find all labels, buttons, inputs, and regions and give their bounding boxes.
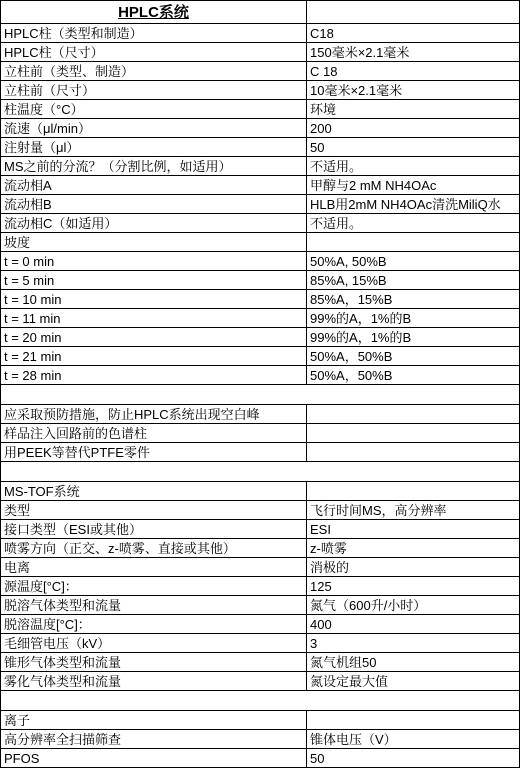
table-row: MS之前的分流？（分割比例，如适用） 不适用。 xyxy=(1,157,520,176)
row-value-cell xyxy=(307,443,520,462)
row-value-cell: 150毫米×2.1毫米 xyxy=(307,43,520,62)
row-label-cell: 喷雾方向（正交、z-喷雾、直接或其他） xyxy=(1,539,307,558)
row-label-cell: 样品注入回路前的色谱柱 xyxy=(1,424,307,443)
row-label-cell: 立柱前（类型、制造） xyxy=(1,62,307,81)
spacer-row xyxy=(1,462,520,482)
table-row: 高分辨率全扫描筛查 锥体电压（V） xyxy=(1,730,520,749)
table-title: HPLC系统 xyxy=(118,4,189,21)
row-value-cell: 50%A，50%B xyxy=(307,366,520,385)
table-row: 应采取预防措施，防止HPLC系统出现空白峰 xyxy=(1,405,520,424)
table-row: 毛细管电压（kV） 3 xyxy=(1,634,520,653)
table-row: PFOS 50 xyxy=(1,749,520,768)
row-label-cell: 柱温度（°C） xyxy=(1,100,307,119)
row-value-cell: 环境 xyxy=(307,100,520,119)
row-label-cell: MS之前的分流？（分割比例，如适用） xyxy=(1,157,307,176)
row-label-cell: 高分辨率全扫描筛查 xyxy=(1,730,307,749)
table-row: 立柱前（尺寸） 10毫米×2.1毫米 xyxy=(1,81,520,100)
table-row: HPLC柱（类型和制造） C18 xyxy=(1,24,520,43)
table-row: 柱温度（°C） 环境 xyxy=(1,100,520,119)
row-value-cell: 不适用。 xyxy=(307,157,520,176)
table-row: t = 5 min 85%A, 15%B xyxy=(1,271,520,290)
row-value-cell: 消极的 xyxy=(307,558,520,577)
row-label-cell: 流动相C（如适用） xyxy=(1,214,307,233)
spacer-row xyxy=(1,691,520,711)
row-value-cell: 125 xyxy=(307,577,520,596)
row-label-cell: t = 28 min xyxy=(1,366,307,385)
row-value-cell xyxy=(307,711,520,730)
row-label-cell: 接口类型（ESI或其他） xyxy=(1,520,307,539)
row-value-cell: C18 xyxy=(307,24,520,43)
table-row: 脱溶温度[°C]： 400 xyxy=(1,615,520,634)
row-value-cell: 85%A，15%B xyxy=(307,290,520,309)
row-label-cell: 脱溶温度[°C]： xyxy=(1,615,307,634)
row-label-cell: 用PEEK等替代PTFE零件 xyxy=(1,443,307,462)
row-value-cell: 飞行时间MS，高分辨率 xyxy=(307,501,520,520)
row-value-cell xyxy=(307,424,520,443)
row-value-cell: HLB用2mM NH4OAc清洗MiliQ水 xyxy=(307,195,520,214)
row-value-cell xyxy=(307,233,520,252)
table-row: 流动相A 甲醇与2 mM NH4OAc xyxy=(1,176,520,195)
row-value-cell: z-喷雾 xyxy=(307,539,520,558)
table-row: 锥形气体类型和流量 氮气机组50 xyxy=(1,653,520,672)
row-label-cell: 立柱前（尺寸） xyxy=(1,81,307,100)
row-value-cell: 50%A，50%B xyxy=(307,347,520,366)
row-label-cell: 电离 xyxy=(1,558,307,577)
table-row: t = 10 min 85%A，15%B xyxy=(1,290,520,309)
row-value-cell: ESI xyxy=(307,520,520,539)
table-row: 立柱前（类型、制造） C 18 xyxy=(1,62,520,81)
hplc-spec-table: HPLC系统 HPLC柱（类型和制造） C18 HPLC柱（尺寸） 150毫米×… xyxy=(0,0,520,768)
row-label-cell: 坡度 xyxy=(1,233,307,252)
table-row: t = 20 min 99%的A，1%的B xyxy=(1,328,520,347)
row-label-cell: t = 20 min xyxy=(1,328,307,347)
row-label-cell: 锥形气体类型和流量 xyxy=(1,653,307,672)
document-page: HPLC系统 HPLC柱（类型和制造） C18 HPLC柱（尺寸） 150毫米×… xyxy=(0,0,520,768)
row-label-cell: 应采取预防措施，防止HPLC系统出现空白峰 xyxy=(1,405,307,424)
table-row: 样品注入回路前的色谱柱 xyxy=(1,424,520,443)
row-label-cell: 脱溶气体类型和流量 xyxy=(1,596,307,615)
row-value-cell: 200 xyxy=(307,119,520,138)
table-row: 雾化气体类型和流量 氮设定最大值 xyxy=(1,672,520,691)
table-row: 离子 xyxy=(1,711,520,730)
row-value-cell: 50 xyxy=(307,749,520,768)
row-value-cell: 85%A, 15%B xyxy=(307,271,520,290)
row-label-cell: t = 0 min xyxy=(1,252,307,271)
row-value-cell: 3 xyxy=(307,634,520,653)
row-label-cell: 毛细管电压（kV） xyxy=(1,634,307,653)
row-value-cell: 锥体电压（V） xyxy=(307,730,520,749)
row-value-cell: C 18 xyxy=(307,62,520,81)
row-label-cell: t = 11 min xyxy=(1,309,307,328)
table-row: HPLC柱（尺寸） 150毫米×2.1毫米 xyxy=(1,43,520,62)
table-row: 用PEEK等替代PTFE零件 xyxy=(1,443,520,462)
row-label-cell: t = 10 min xyxy=(1,290,307,309)
row-value-cell: 甲醇与2 mM NH4OAc xyxy=(307,176,520,195)
row-label-cell: 类型 xyxy=(1,501,307,520)
row-value-cell: 50 xyxy=(307,138,520,157)
row-value-cell: 氮设定最大值 xyxy=(307,672,520,691)
row-value-cell: 氮气机组50 xyxy=(307,653,520,672)
row-value-cell: 99%的A，1%的B xyxy=(307,328,520,347)
row-label-cell: 注射量（μl） xyxy=(1,138,307,157)
row-value-cell: 99%的A，1%的B xyxy=(307,309,520,328)
table-row: t = 21 min 50%A，50%B xyxy=(1,347,520,366)
row-value-cell: 氮气（600升/小时） xyxy=(307,596,520,615)
table-row: 源温度[°C]： 125 xyxy=(1,577,520,596)
table-title-cell: HPLC系统 xyxy=(1,1,307,24)
table-row: 接口类型（ESI或其他） ESI xyxy=(1,520,520,539)
row-label-cell: MS-TOF系统 xyxy=(1,482,307,501)
table-row: 注射量（μl） 50 xyxy=(1,138,520,157)
row-label-cell: 流动相A xyxy=(1,176,307,195)
table-row: 流动相C（如适用） 不适用。 xyxy=(1,214,520,233)
row-value-cell: 10毫米×2.1毫米 xyxy=(307,81,520,100)
row-label-cell: t = 5 min xyxy=(1,271,307,290)
spacer-cell xyxy=(1,462,520,482)
table-row: 流动相B HLB用2mM NH4OAc清洗MiliQ水 xyxy=(1,195,520,214)
table-row: 流速（μl/min） 200 xyxy=(1,119,520,138)
row-value-cell: 50%A, 50%B xyxy=(307,252,520,271)
row-label-cell: PFOS xyxy=(1,749,307,768)
table-row: MS-TOF系统 xyxy=(1,482,520,501)
table-row: 喷雾方向（正交、z-喷雾、直接或其他） z-喷雾 xyxy=(1,539,520,558)
row-label-cell: HPLC柱（类型和制造） xyxy=(1,24,307,43)
table-header-row: HPLC系统 xyxy=(1,1,520,24)
row-value-cell xyxy=(307,482,520,501)
row-label-cell: 离子 xyxy=(1,711,307,730)
table-row: t = 0 min 50%A, 50%B xyxy=(1,252,520,271)
row-label-cell: HPLC柱（尺寸） xyxy=(1,43,307,62)
spacer-cell xyxy=(1,385,520,405)
table-row: 脱溶气体类型和流量 氮气（600升/小时） xyxy=(1,596,520,615)
row-value-cell: 不适用。 xyxy=(307,214,520,233)
row-label-cell: 源温度[°C]： xyxy=(1,577,307,596)
table-row: 坡度 xyxy=(1,233,520,252)
row-value-cell: 400 xyxy=(307,615,520,634)
row-label-cell: 雾化气体类型和流量 xyxy=(1,672,307,691)
table-row: 类型 飞行时间MS，高分辨率 xyxy=(1,501,520,520)
row-label-cell: 流动相B xyxy=(1,195,307,214)
table-row: 电离 消极的 xyxy=(1,558,520,577)
spacer-cell xyxy=(1,691,520,711)
spacer-row xyxy=(1,385,520,405)
row-label-cell: 流速（μl/min） xyxy=(1,119,307,138)
table-header-empty-cell xyxy=(307,1,520,24)
row-label-cell: t = 21 min xyxy=(1,347,307,366)
row-value-cell xyxy=(307,405,520,424)
table-row: t = 28 min 50%A，50%B xyxy=(1,366,520,385)
table-row: t = 11 min 99%的A，1%的B xyxy=(1,309,520,328)
